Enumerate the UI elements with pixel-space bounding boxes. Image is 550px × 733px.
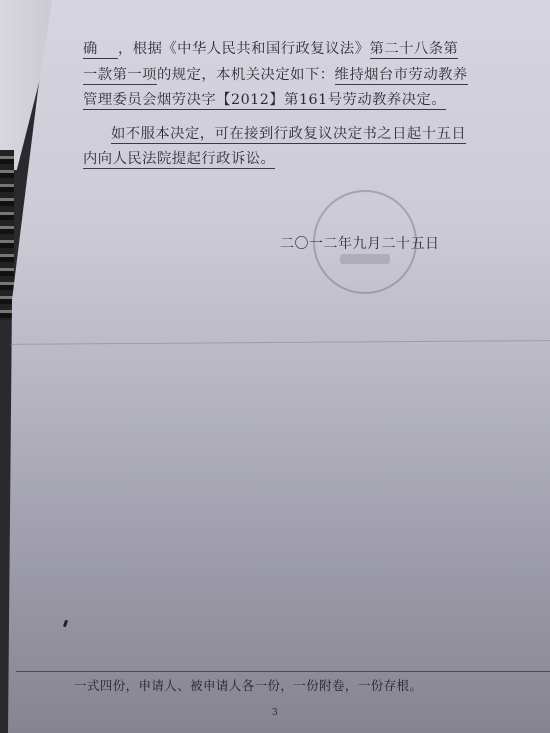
decision-date: 二〇一二年九月二十五日 [280, 233, 440, 253]
decision-intro: 的规定，本机关决定如下： [157, 67, 335, 83]
prefix-text: 确 [83, 41, 98, 59]
body-line-1: 确 ，根据《中华人民共和国行政复议法》第二十八条第 [83, 37, 483, 63]
decision-text-end: 管理委员会烟劳决字【2012】第161号劳动教养决定。 [83, 92, 446, 110]
seal-text [340, 254, 390, 264]
body-line-4: 如不服本决定，可在接到行政复议决定书之日起十五日 [83, 122, 483, 148]
appeal-notice-1: 如不服本决定，可在接到行政复议决定书之日起十五日 [111, 126, 466, 144]
article-reference: 第二十八条第 [370, 41, 459, 59]
page-number: 3 [272, 708, 278, 718]
clause-reference: 一款第一项 [83, 67, 157, 85]
appeal-notice-2: 内向人民法院提起行政诉讼。 [83, 151, 275, 169]
footer-divider [16, 671, 550, 672]
body-line-2: 一款第一项的规定，本机关决定如下：维持烟台市劳动教养 [83, 63, 483, 89]
body-line-5: 内向人民法院提起行政诉讼。 [83, 147, 483, 173]
copies-note: 一式四份，申请人、被申请人各一份，一份附卷，一份存根。 [74, 676, 422, 694]
decision-body: 确 ，根据《中华人民共和国行政复议法》第二十八条第 一款第一项的规定，本机关决定… [83, 37, 483, 173]
decision-text-start: 维持烟台市劳动教养 [335, 67, 468, 85]
body-line-3: 管理委员会烟劳决字【2012】第161号劳动教养决定。 [83, 88, 483, 114]
underlying-photo-edge [0, 150, 14, 320]
blank-field [98, 41, 118, 59]
law-reference: ，根据《中华人民共和国行政复议法》 [118, 41, 370, 57]
